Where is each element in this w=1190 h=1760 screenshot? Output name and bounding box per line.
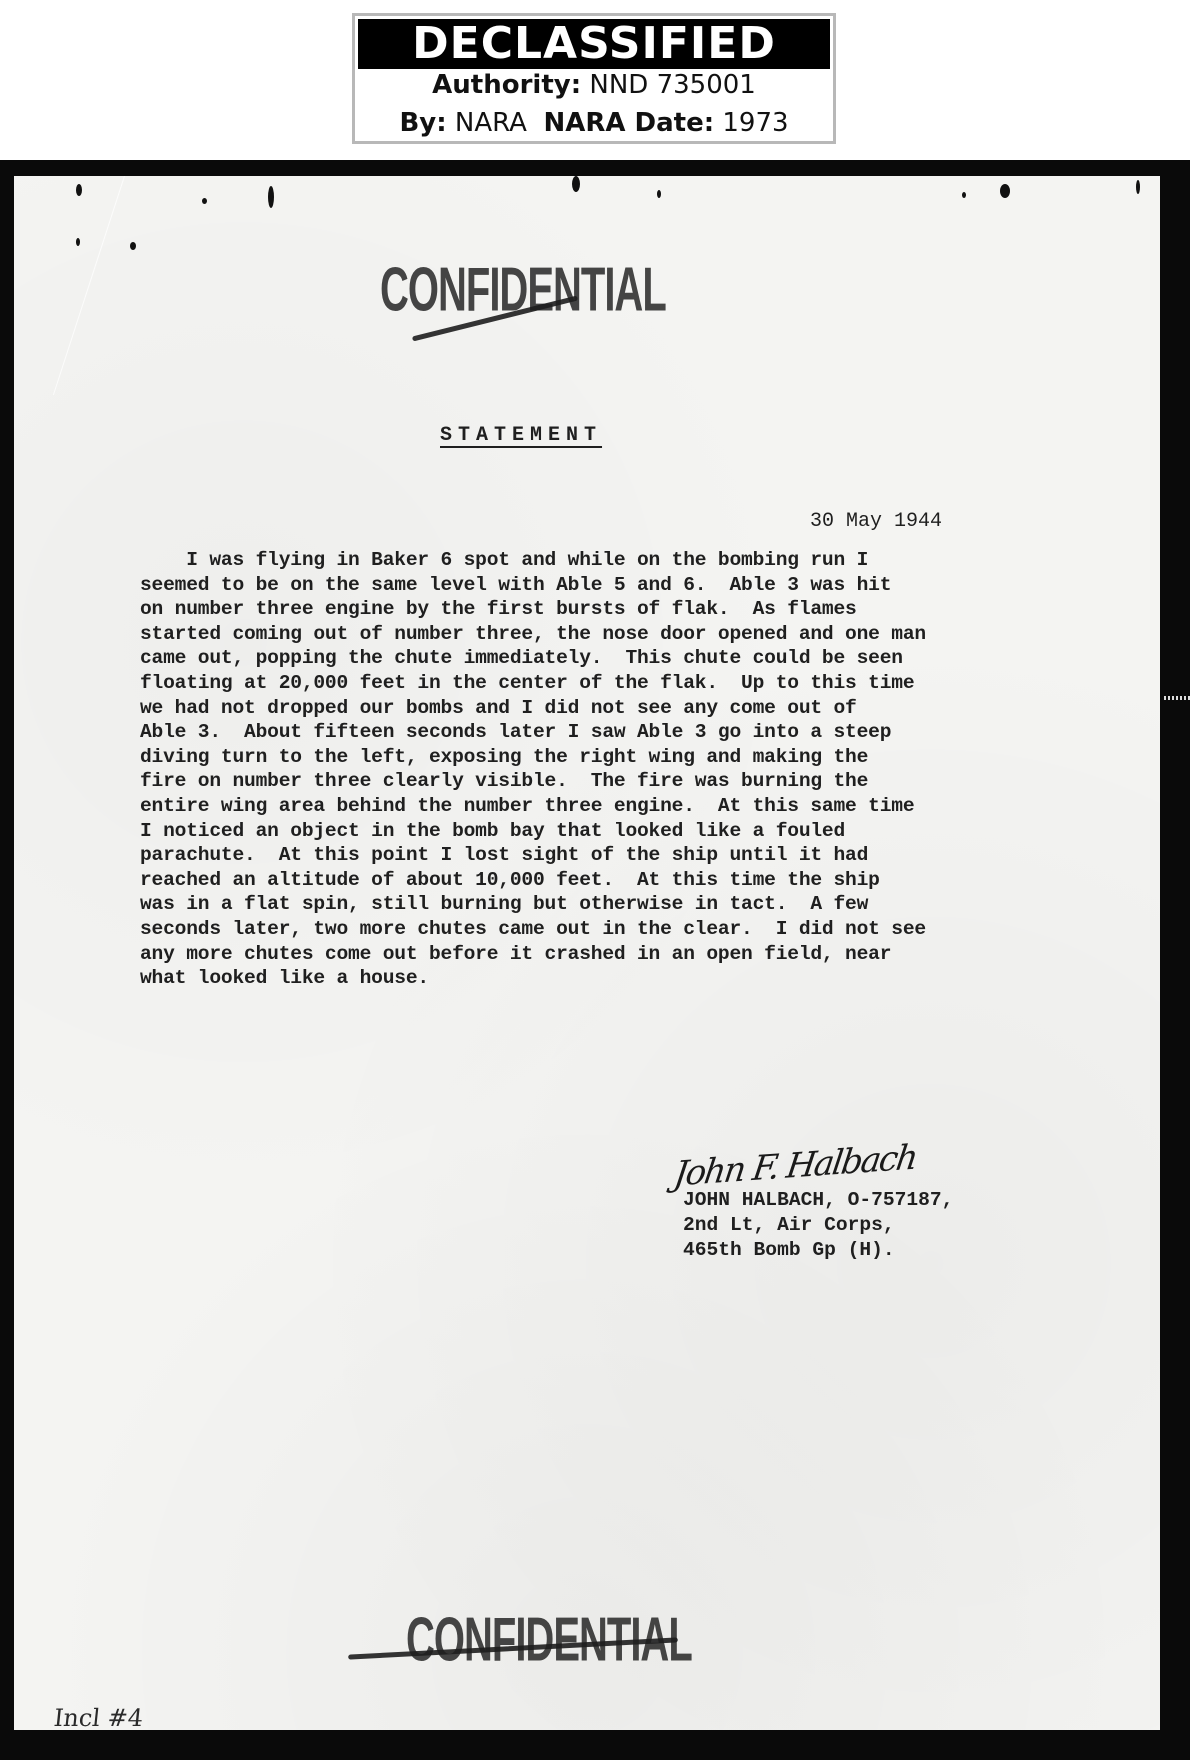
- body-line: we had not dropped our bombs and I did n…: [140, 696, 1000, 721]
- scanned-page-frame: CONFIDENTIAL STATEMENT 30 May 1944 I was…: [0, 160, 1190, 1760]
- body-line: any more chutes come out before it crash…: [140, 942, 1000, 967]
- signature-block-line: 465th Bomb Gp (H).: [683, 1238, 953, 1263]
- scan-artifact: [202, 198, 207, 204]
- scan-artifact: [1164, 696, 1190, 700]
- body-line: started coming out of number three, the …: [140, 622, 1000, 647]
- body-line: entire wing area behind the number three…: [140, 794, 1000, 819]
- scan-artifact: [962, 192, 966, 198]
- scan-artifact: [130, 242, 136, 250]
- body-line: was in a flat spin, still burning but ot…: [140, 892, 1000, 917]
- classification-stamp-top: CONFIDENTIAL: [380, 256, 666, 326]
- document-page: CONFIDENTIAL STATEMENT 30 May 1944 I was…: [14, 176, 1160, 1730]
- body-line: floating at 20,000 feet in the center of…: [140, 671, 1000, 696]
- body-line: parachute. At this point I lost sight of…: [140, 843, 1000, 868]
- scan-artifact: [76, 238, 80, 246]
- body-line: Able 3. About fifteen seconds later I sa…: [140, 720, 1000, 745]
- authority-line: Authority: NND 735001: [355, 70, 833, 100]
- body-line: fire on number three clearly visible. Th…: [140, 769, 1000, 794]
- scan-artifact: [657, 190, 661, 198]
- body-line: seemed to be on the same level with Able…: [140, 573, 1000, 598]
- document-title: STATEMENT: [440, 424, 602, 447]
- body-line: I was flying in Baker 6 spot and while o…: [140, 548, 1000, 573]
- signature-block-line: 2nd Lt, Air Corps,: [683, 1213, 953, 1238]
- declassification-stamp: DECLASSIFIED Authority: NND 735001 By: N…: [352, 13, 836, 144]
- body-line: came out, popping the chute immediately.…: [140, 646, 1000, 671]
- body-line: seconds later, two more chutes came out …: [140, 917, 1000, 942]
- nara-date-label: NARA Date:: [543, 108, 714, 138]
- declassified-title: DECLASSIFIED: [358, 19, 830, 69]
- signature-block-line: JOHN HALBACH, O-757187,: [683, 1188, 953, 1213]
- enclosure-note: Incl #4: [53, 1704, 145, 1732]
- scan-artifact: [1000, 184, 1010, 198]
- nara-date-value: 1973: [722, 108, 788, 138]
- body-line: reached an altitude of about 10,000 feet…: [140, 868, 1000, 893]
- scan-artifact: [268, 186, 274, 208]
- body-line: diving turn to the left, exposing the ri…: [140, 745, 1000, 770]
- by-value: NARA: [455, 108, 527, 138]
- by-date-line: By: NARA NARA Date: 1973: [355, 108, 833, 138]
- by-label: By:: [399, 108, 446, 138]
- authority-value: NND 735001: [589, 70, 755, 100]
- statement-body: I was flying in Baker 6 spot and while o…: [140, 548, 1000, 991]
- document-date: 30 May 1944: [810, 510, 942, 533]
- body-line: I noticed an object in the bomb bay that…: [140, 819, 1000, 844]
- scan-scratch: [53, 176, 125, 395]
- body-line: on number three engine by the first burs…: [140, 597, 1000, 622]
- authority-label: Authority:: [432, 70, 581, 100]
- scan-artifact: [76, 184, 82, 196]
- scan-artifact: [572, 176, 580, 192]
- signature-block: JOHN HALBACH, O-757187,2nd Lt, Air Corps…: [683, 1188, 953, 1262]
- body-line: what looked like a house.: [140, 966, 1000, 991]
- handwritten-signature: John F. Halbach: [671, 1137, 918, 1194]
- scan-artifact: [1136, 180, 1140, 194]
